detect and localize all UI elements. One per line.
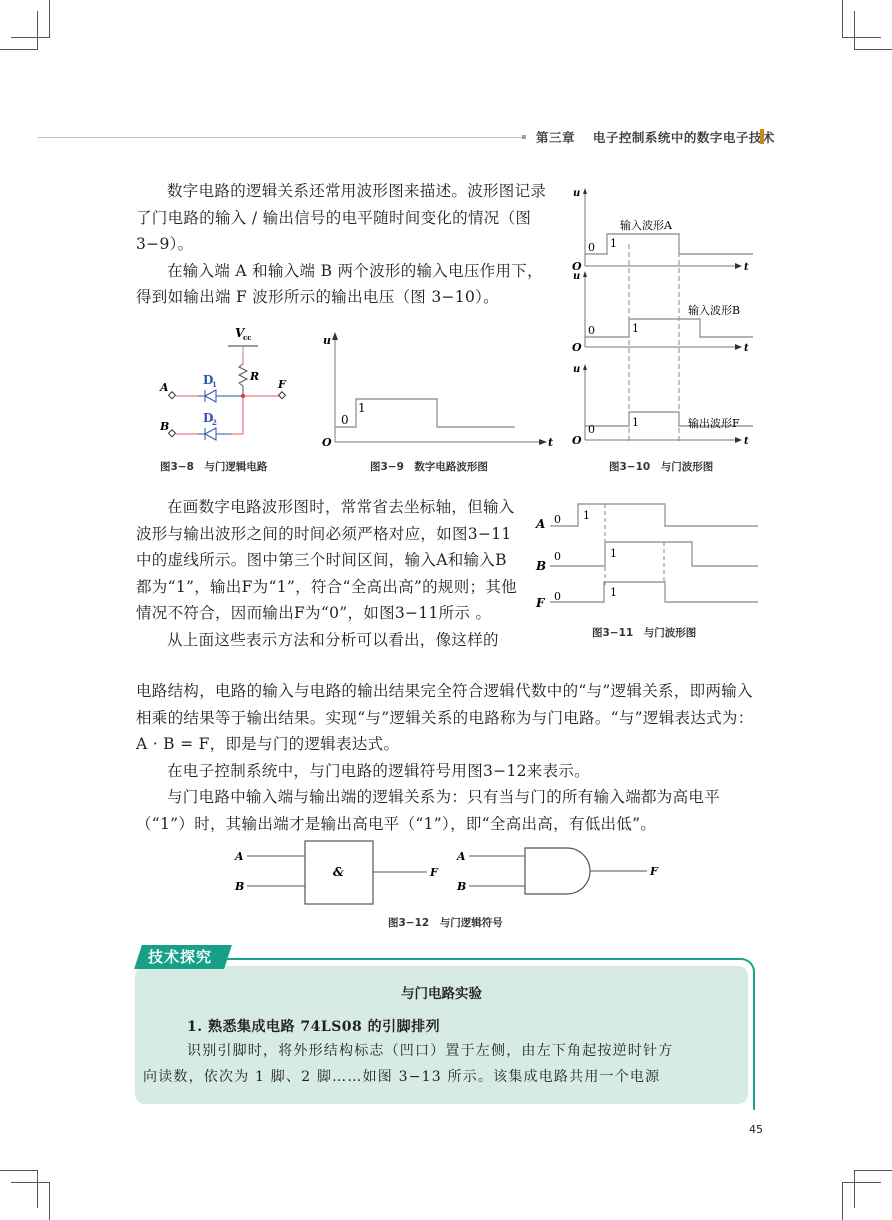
ansi-and-gate-icon: [525, 848, 590, 894]
figure-3-8-and-gate-circuit: V cc R A D 1 F B D 2: [140, 318, 300, 448]
crop-mark-tl-v: [49, 0, 50, 37]
low-level-label: 0: [341, 413, 349, 427]
wave-f-low: 0: [554, 590, 561, 603]
explore-box-tab-label: 技术探究: [148, 946, 212, 967]
u-axis-arrow-icon: [332, 332, 338, 340]
u-axis-label: u: [323, 334, 331, 347]
chapter-number: 第三章: [536, 130, 575, 145]
wave-f-high: 1: [610, 586, 617, 599]
wave-f-label: 输出波形F: [688, 416, 740, 430]
crop-mark-br-v2: [854, 1170, 855, 1208]
paragraph-waveform-rules: 在画数字电路波形图时，常常省去坐标轴，但输入波形与输出波形之间的时间必须严格对应…: [136, 494, 521, 627]
wave-f: [550, 582, 758, 602]
wave-b-low: 0: [588, 324, 595, 337]
running-header: 第三章 电子控制系统中的数字电子技术: [536, 128, 775, 146]
origin-label: O: [322, 436, 332, 449]
explore-box-title: 与门电路实验: [135, 982, 748, 1002]
symbol2-input-b-label: B: [456, 880, 466, 893]
wave-b: [585, 319, 753, 337]
diode-d2-icon: [205, 428, 216, 440]
header-accent-bar: [760, 129, 764, 144]
diode-d1-subscript: 1: [212, 380, 217, 389]
wave-a: [550, 504, 758, 526]
figure-3-10-caption: 图3−10 与门波形图: [609, 459, 713, 474]
input-b-label: B: [159, 420, 169, 433]
t-axis-label-b: t: [744, 343, 749, 354]
wave-a-low: 0: [588, 241, 595, 254]
figure-3-9-digital-waveform: u t O 0 1: [315, 330, 555, 450]
header-rule: [38, 137, 523, 138]
origin-label-b: O: [572, 341, 582, 354]
t-axis-arrow-icon: [539, 439, 547, 445]
high-level-label: 1: [358, 401, 366, 415]
wave-a-low: 0: [554, 513, 561, 526]
vcc-subscript: cc: [243, 333, 252, 342]
crop-mark-bl-v: [49, 1182, 50, 1220]
symbol1-input-a-label: A: [234, 850, 244, 863]
chapter-title: 电子控制系统中的数字电子技术: [593, 130, 775, 145]
row-a-label: A: [535, 517, 545, 531]
terminal-a-icon: [168, 392, 175, 399]
origin-label-f: O: [572, 434, 582, 447]
crop-mark-tl-v2: [37, 11, 38, 49]
crop-mark-tr-v: [842, 0, 843, 37]
wave-a-high: 1: [610, 237, 617, 250]
crop-mark-br-h: [842, 1182, 881, 1183]
crop-mark-tr-h2: [854, 49, 892, 50]
row-b-label: B: [535, 559, 546, 573]
wave-f-low: 0: [588, 423, 595, 436]
paragraph-and-relation: 电路结构，电路的输入与电路的输出结果完全符合逻辑代数中的“与”逻辑关系，即两输入…: [136, 678, 764, 758]
t-axis-label-a: t: [744, 262, 749, 273]
explore-text-line-2: 向读数，依次为 1 脚、2 脚……如图 3−13 所示。该集成电路共用一个电源: [143, 1064, 735, 1090]
ampersand-label: &: [333, 865, 344, 879]
row-f-label: F: [535, 596, 546, 610]
header-rule-end: [522, 135, 526, 139]
wave-b-high: 1: [632, 322, 639, 335]
t-axis-label: t: [548, 436, 553, 449]
diode-d2-subscript: 2: [212, 418, 217, 427]
symbol1-input-b-label: B: [234, 880, 244, 893]
diode-d1-icon: [205, 390, 216, 402]
symbol2-output-f-label: F: [649, 865, 659, 878]
figure-3-11-caption: 图3−11 与门波形图: [592, 625, 696, 640]
figure-3-9-caption: 图3−9 数字电路波形图: [370, 459, 488, 474]
resistor-label: R: [249, 370, 259, 383]
explore-box-subheading: 1. 熟悉集成电路 74LS08 的引脚排列: [187, 1016, 440, 1036]
crop-mark-tl-h: [11, 37, 50, 38]
symbol2-input-a-label: A: [456, 850, 466, 863]
figure-3-11-and-gate-waveforms: A 0 1 B 0 1 F 0 1: [530, 496, 770, 614]
crop-mark-tr-v2: [854, 11, 855, 49]
u-axis-label-f: u: [573, 364, 580, 375]
paragraph-logic-rule: 与门电路中输入端与输出端的逻辑关系为：只有当与门的所有输入端都为高电平（“1”）…: [136, 784, 764, 837]
text-block-3: 电路结构，电路的输入与电路的输出结果完全符合逻辑代数中的“与”逻辑关系，即两输入…: [136, 678, 764, 837]
text-block-2: 在画数字电路波形图时，常常省去坐标轴，但输入波形与输出波形之间的时间必须严格对应…: [136, 494, 521, 653]
crop-mark-br-v: [842, 1182, 843, 1220]
paragraph-waveform-intro: 数字电路的逻辑关系还常用波形图来描述。波形图记录了门电路的输入 / 输出信号的电…: [136, 178, 552, 258]
crop-mark-bl-v2: [37, 1170, 38, 1208]
input-a-label: A: [159, 381, 169, 394]
crop-mark-tr-h: [842, 37, 881, 38]
wave-b-label: 输入波形B: [688, 303, 740, 317]
crop-mark-bl-h2: [0, 1170, 38, 1171]
symbol1-output-f-label: F: [429, 866, 439, 879]
wave-a-label: 输入波形A: [620, 218, 673, 232]
crop-mark-bl-h: [11, 1182, 50, 1183]
paragraph-symbol-intro: 在电子控制系统中，与门电路的逻辑符号用图3−12来表示。: [136, 758, 764, 785]
page-number: 45: [749, 1123, 763, 1136]
crop-mark-br-h2: [854, 1170, 892, 1171]
figure-3-12-caption: 图3−12 与门逻辑符号: [388, 915, 503, 930]
wave-b: [550, 542, 758, 566]
terminal-b-icon: [168, 430, 175, 437]
crop-mark-tl-h2: [0, 49, 38, 50]
explore-box-text: 识别引脚时，将外形结构标志（凹口）置于左侧，由左下角起按逆时针方 向读数，依次为…: [155, 1038, 735, 1090]
paragraph-analysis-start: 从上面这些表示方法和分析可以看出，像这样的: [136, 627, 521, 654]
u-axis-label-a: u: [573, 188, 580, 199]
junction-dot: [241, 394, 245, 398]
figure-3-12-and-gate-symbols: A B & F A B F: [225, 838, 665, 908]
explore-text-line-1: 识别引脚时，将外形结构标志（凹口）置于左侧，由左下角起按逆时针方: [155, 1038, 735, 1064]
wave-b-high: 1: [610, 547, 617, 560]
paragraph-inputs: 在输入端 A 和输入端 B 两个波形的输入电压作用下，得到如输出端 F 波形所示…: [136, 258, 552, 311]
wave-f-high: 1: [632, 416, 639, 429]
terminal-f-icon: [278, 392, 285, 399]
figure-3-10-and-gate-waveforms: u t O 0 1 输入波形A u t O 0 1 输入波形B u t O 0 …: [568, 182, 768, 452]
t-axis-label-f: t: [744, 436, 749, 447]
resistor-icon: [239, 364, 247, 386]
text-block-1: 数字电路的逻辑关系还常用波形图来描述。波形图记录了门电路的输入 / 输出信号的电…: [136, 178, 552, 311]
output-f-label: F: [277, 378, 287, 391]
u-axis-label-b: u: [573, 271, 580, 282]
wave-b-low: 0: [554, 550, 561, 563]
figure-3-8-caption: 图3−8 与门逻辑电路: [160, 459, 267, 474]
wave-a-high: 1: [583, 509, 590, 522]
